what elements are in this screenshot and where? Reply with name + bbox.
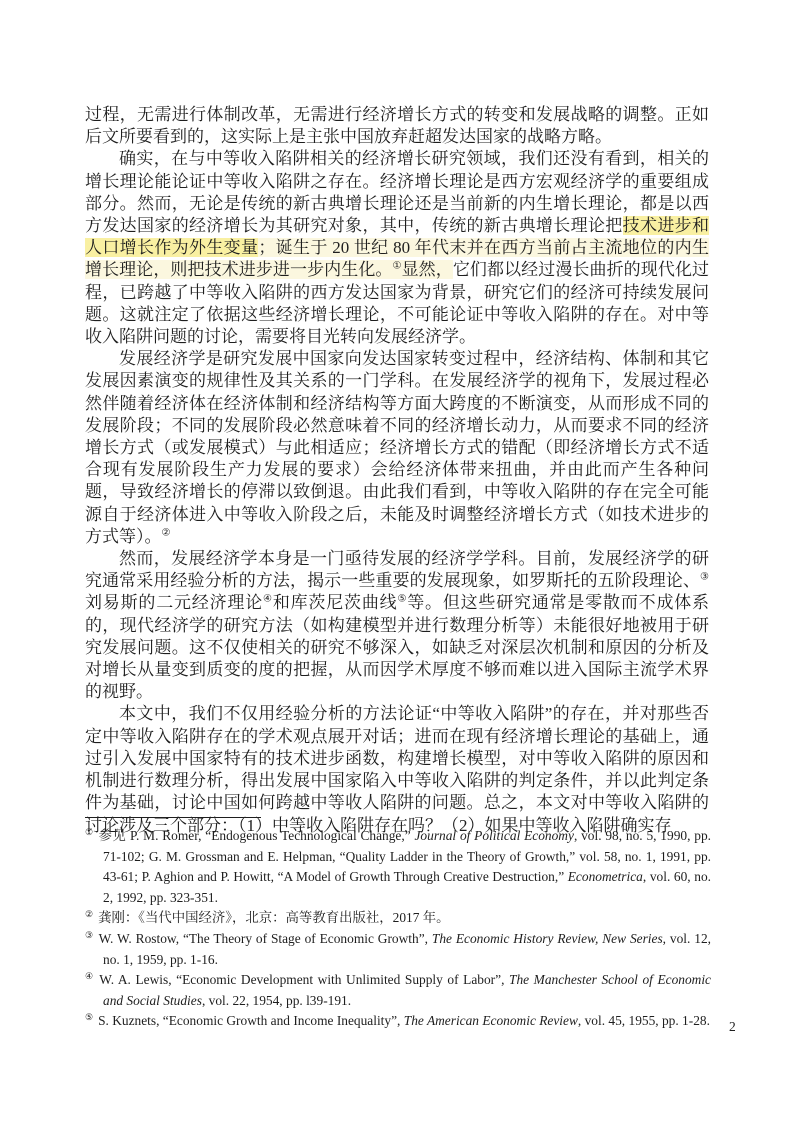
footnote-marker: ② — [85, 909, 93, 919]
footnote-text: , vol. 45, 1955, pp. 1-28. — [578, 1013, 710, 1028]
footnote-text: W. A. Lewis, “Economic Development with … — [99, 972, 509, 987]
paragraph-text: 确实，在与中等收入陷阱相关的经济增长研究领域，我们还没有看到，相关的增长理论能论… — [85, 149, 709, 235]
journal-title: The American Economic Review — [404, 1013, 578, 1028]
footnote-2: ②龚刚：《当代中国经济》，北京：高等教育出版社，2017 年。 — [85, 908, 711, 929]
journal-title: Econometrica — [568, 869, 643, 884]
paragraph-text: 本文中，我们不仅用经验分析的方法论证“中等收入陷阱”的存在，并对那些否定中等收入… — [85, 704, 709, 834]
document-page: 过程，无需进行体制改革，无需进行经济增长方式的转变和发展战略的调整。正如后文所要… — [0, 0, 793, 1122]
paragraph-growth-theory: 确实，在与中等收入陷阱相关的经济增长研究领域，我们还没有看到，相关的增长理论能论… — [85, 148, 709, 348]
paragraph-text: 过程，无需进行体制改革，无需进行经济增长方式的转变和发展战略的调整。正如后文所要… — [85, 105, 709, 146]
footnote-4: ④W. A. Lewis, “Economic Development with… — [85, 970, 711, 1011]
footnote-text: W. W. Rostow, “The Theory of Stage of Ec… — [99, 931, 432, 946]
paragraph-text: 发展经济学是研究发展中国家向发达国家转变过程中，经济结构、体制和其它发展因素演变… — [85, 349, 709, 546]
footnote-separator — [85, 817, 261, 818]
page-number: 2 — [729, 1019, 736, 1035]
footnote-text: , vol. 22, 1954, pp. l39-191. — [202, 993, 351, 1008]
footnote-text: 参见 P. M. Romer, “Endogenous Technologica… — [99, 828, 415, 843]
paragraph-development-economics: 发展经济学是研究发展中国家向发达国家转变过程中，经济结构、体制和其它发展因素演变… — [85, 348, 709, 548]
footnote-ref-4: ④ — [263, 594, 273, 605]
footnote-marker: ⑤ — [85, 1012, 93, 1022]
paragraph-continuation: 过程，无需进行体制改革，无需进行经济增长方式的转变和发展战略的调整。正如后文所要… — [85, 104, 709, 148]
footnotes-section: ①参见 P. M. Romer, “Endogenous Technologic… — [85, 817, 711, 1032]
paragraph-text: 和库茨尼茨曲线 — [273, 593, 398, 612]
footnote-marker: ① — [85, 827, 94, 837]
footnote-ref-3: ③ — [700, 572, 709, 583]
footnote-5: ⑤S. Kuznets, “Economic Growth and Income… — [85, 1011, 711, 1032]
footnote-ref-2: ② — [162, 527, 171, 538]
footnote-marker: ④ — [85, 971, 94, 981]
journal-title: The Economic History Review, New Series — [432, 931, 663, 946]
paragraph-text: 刘易斯的二元经济理论 — [85, 593, 263, 612]
footnote-text: 龚刚：《当代中国经济》，北京：高等教育出版社，2017 年。 — [98, 910, 450, 925]
body-text: 过程，无需进行体制改革，无需进行经济增长方式的转变和发展战略的调整。正如后文所要… — [85, 104, 709, 837]
paragraph-research-methods: 然而，发展经济学本身是一门亟待发展的经济学学科。目前，发展经济学的研究通常采用经… — [85, 548, 709, 703]
journal-title: Journal of Political Economy — [414, 828, 573, 843]
footnote-1: ①参见 P. M. Romer, “Endogenous Technologic… — [85, 826, 711, 908]
paragraph-text: 然而，发展经济学本身是一门亟待发展的经济学学科。目前，发展经济学的研究通常采用经… — [85, 549, 709, 590]
footnote-marker: ③ — [85, 930, 94, 940]
footnote-ref-1: ① — [393, 261, 402, 272]
highlighted-text: 显然， — [402, 260, 453, 279]
footnote-text: S. Kuznets, “Economic Growth and Income … — [98, 1013, 404, 1028]
footnote-ref-5: ⑤ — [397, 594, 407, 605]
footnote-3: ③W. W. Rostow, “The Theory of Stage of E… — [85, 929, 711, 970]
